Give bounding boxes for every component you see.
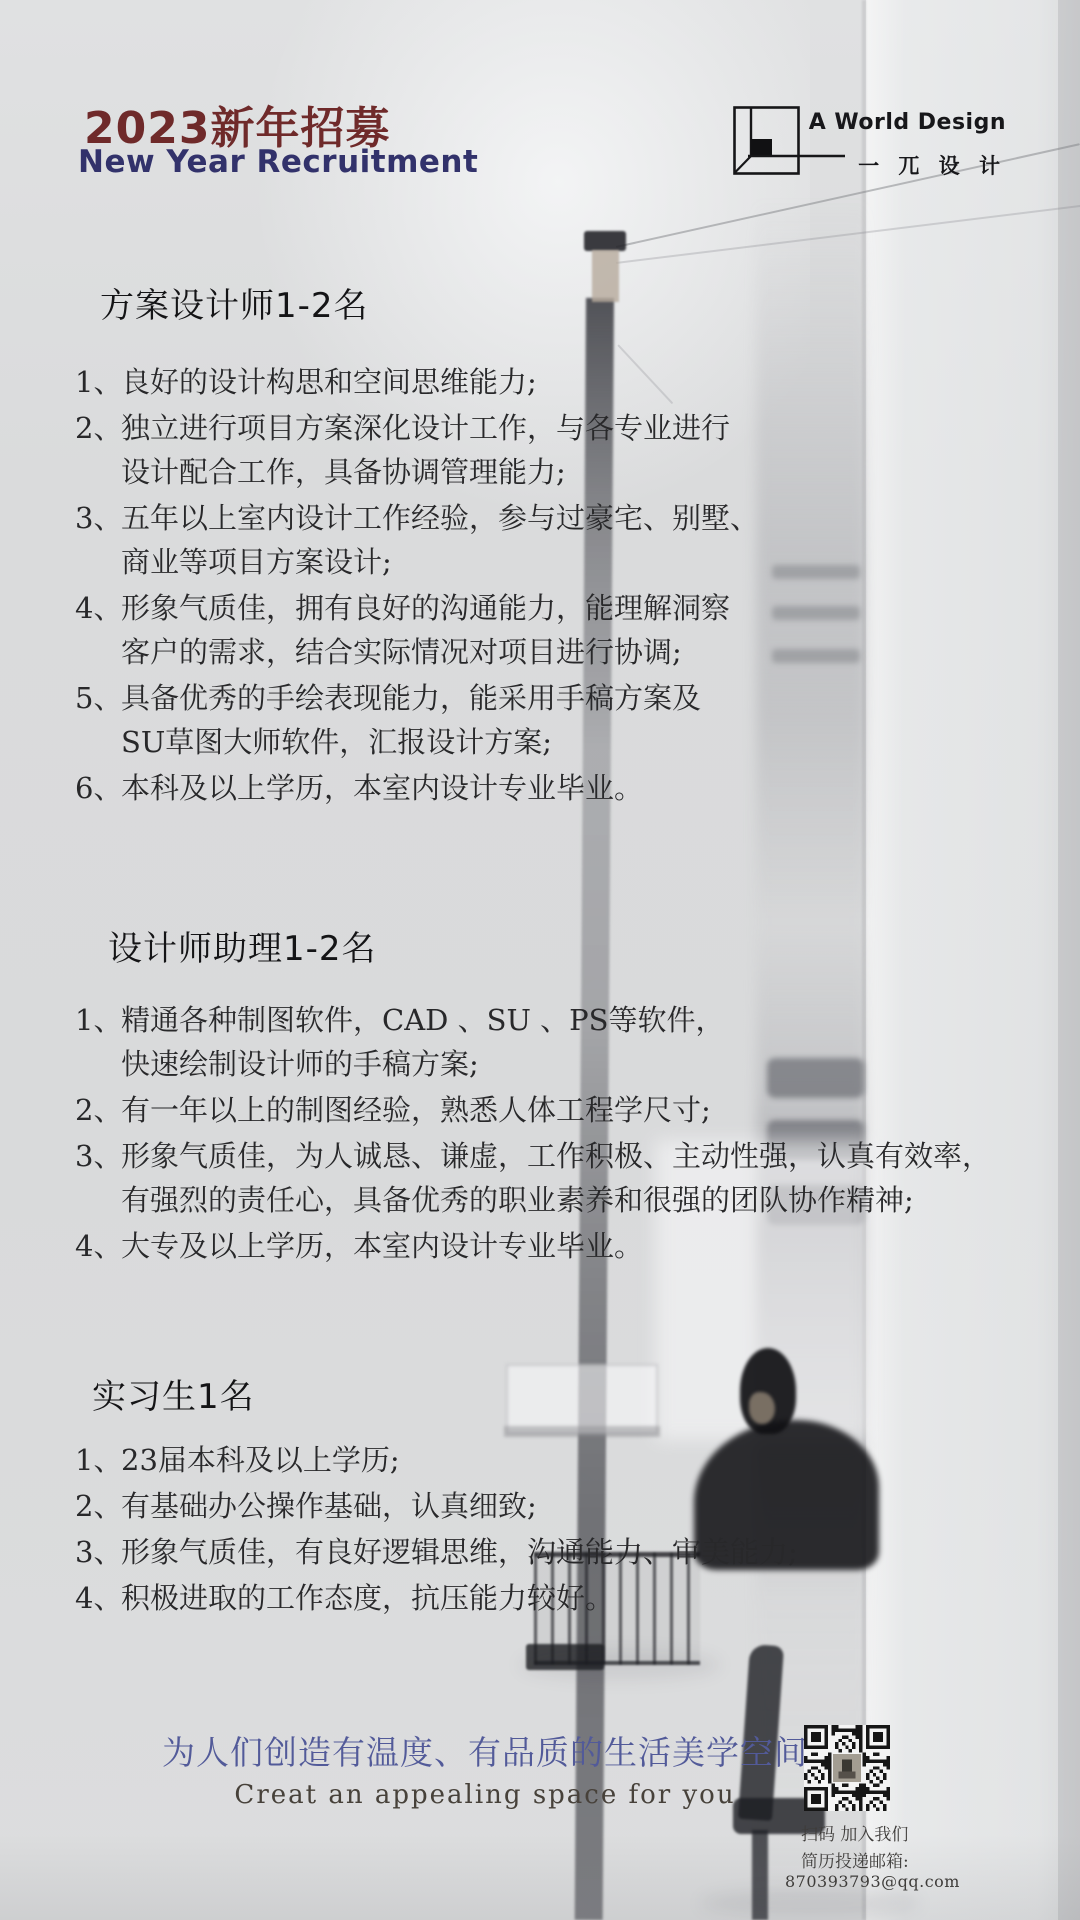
qr-code	[804, 1724, 890, 1812]
recruitment-poster: 2023新年招募 New Year Recruitment A World De…	[0, 0, 1080, 1920]
poster-subtitle: New Year Recruitment	[78, 144, 478, 180]
item-text: 23届本科及以上学历;	[121, 1438, 400, 1482]
item-number: 4、	[75, 1224, 121, 1268]
qr-caption-join: 扫码 加入我们	[785, 1820, 981, 1845]
list-item: 4、 大专及以上学历，本室内设计专业毕业。	[75, 1224, 1035, 1268]
bg-right-edge-strip	[1058, 0, 1080, 1920]
list-item: 5、 具备优秀的手绘表现能力，能采用手稿方案及 SU草图大师软件，汇报设计方案;	[75, 676, 1035, 764]
logo-name-cn: 一 兀 设 计	[858, 150, 1006, 180]
item-text: 形象气质佳，为人诚恳、谦虚，工作积极、主动性强，认真有效率， 有强烈的责任心，具…	[121, 1134, 991, 1222]
list-item: 6、 本科及以上学历，本室内设计专业毕业。	[75, 766, 1035, 810]
item-number: 6、	[75, 766, 121, 810]
item-text: 形象气质佳，有良好逻辑思维，沟通能力、审美能力;	[121, 1530, 798, 1574]
item-text: 有一年以上的制图经验，熟悉人体工程学尺寸;	[121, 1088, 711, 1132]
item-text: 本科及以上学历，本室内设计专业毕业。	[121, 766, 643, 810]
item-number: 5、	[75, 676, 121, 764]
resume-email: 870393793@qq.com	[785, 1872, 965, 1891]
item-number: 1、	[75, 1438, 121, 1482]
item-text: 具备优秀的手绘表现能力，能采用手稿方案及 SU草图大师软件，汇报设计方案;	[121, 676, 701, 764]
section-heading-assistant: 设计师助理1-2名	[108, 921, 377, 970]
item-text: 独立进行项目方案深化设计工作，与各专业进行 设计配合工作，具备协调管理能力;	[121, 406, 730, 494]
item-number: 4、	[75, 586, 121, 674]
list-item: 3、 五年以上室内设计工作经验，参与过豪宅、别墅、 商业等项目方案设计;	[75, 496, 1035, 584]
list-item: 1、 良好的设计构思和空间思维能力;	[75, 360, 1035, 404]
section-list-intern: 1、 23届本科及以上学历; 2、 有基础办公操作基础，认真细致; 3、 形象气…	[75, 1438, 1035, 1622]
item-number: 4、	[75, 1576, 121, 1620]
bg-right-wall	[866, 0, 1080, 1920]
item-text: 良好的设计构思和空间思维能力;	[121, 360, 537, 404]
item-number: 1、	[75, 360, 121, 404]
person-silhouette-face	[749, 1392, 775, 1424]
list-item: 3、 形象气质佳，有良好逻辑思维，沟通能力、审美能力;	[75, 1530, 1035, 1574]
section-heading-designer: 方案设计师1-2名	[100, 278, 369, 327]
section-list-assistant: 1、 精通各种制图软件，CAD 、SU 、PS等软件， 快速绘制设计师的手稿方案…	[75, 998, 1035, 1270]
bg-floor-shadow	[520, 1650, 720, 1680]
item-text: 精通各种制图软件，CAD 、SU 、PS等软件， 快速绘制设计师的手稿方案;	[121, 998, 725, 1086]
logo-name-en: A World Design	[809, 110, 1006, 135]
item-text: 大专及以上学历，本室内设计专业毕业。	[121, 1224, 643, 1268]
item-text: 形象气质佳，拥有良好的沟通能力，能理解洞察 客户的需求，结合实际情况对项目进行协…	[121, 586, 730, 674]
item-number: 2、	[75, 1484, 121, 1528]
list-item: 2、 有一年以上的制图经验，熟悉人体工程学尺寸;	[75, 1088, 1035, 1132]
section-list-designer: 1、 良好的设计构思和空间思维能力; 2、 独立进行项目方案深化设计工作，与各专…	[75, 360, 1035, 812]
bg-pole-cap	[584, 231, 626, 251]
item-text: 积极进取的工作态度，抗压能力较好。	[121, 1576, 614, 1620]
section-heading-intern: 实习生1名	[92, 1369, 255, 1418]
item-text: 五年以上室内设计工作经验，参与过豪宅、别墅、 商业等项目方案设计;	[121, 496, 759, 584]
bg-pole-joint	[592, 250, 619, 302]
slogan-english: Creat an appealing space for you	[85, 1780, 885, 1810]
list-item: 1、 精通各种制图软件，CAD 、SU 、PS等软件， 快速绘制设计师的手稿方案…	[75, 998, 1035, 1086]
list-item: 3、 形象气质佳，为人诚恳、谦虚，工作积极、主动性强，认真有效率， 有强烈的责任…	[75, 1134, 1035, 1222]
item-number: 2、	[75, 1088, 121, 1132]
item-number: 3、	[75, 496, 121, 584]
item-number: 2、	[75, 406, 121, 494]
list-item: 1、 23届本科及以上学历;	[75, 1438, 1035, 1482]
item-text: 有基础办公操作基础，认真细致;	[121, 1484, 537, 1528]
list-item: 2、 独立进行项目方案深化设计工作，与各专业进行 设计配合工作，具备协调管理能力…	[75, 406, 1035, 494]
item-number: 1、	[75, 998, 121, 1086]
list-item: 4、 积极进取的工作态度，抗压能力较好。	[75, 1576, 1035, 1620]
slogan-chinese: 为人们创造有温度、有品质的生活美学空间	[85, 1727, 885, 1774]
list-item: 4、 形象气质佳，拥有良好的沟通能力，能理解洞察 客户的需求，结合实际情况对项目…	[75, 586, 1035, 674]
bg-small-shelf	[506, 1364, 658, 1434]
item-number: 3、	[75, 1530, 121, 1574]
qr-caption-resume: 简历投递邮箱:	[785, 1847, 981, 1872]
list-item: 2、 有基础办公操作基础，认真细致;	[75, 1484, 1035, 1528]
bg-shelf-board	[504, 1426, 660, 1437]
item-number: 3、	[75, 1134, 121, 1222]
